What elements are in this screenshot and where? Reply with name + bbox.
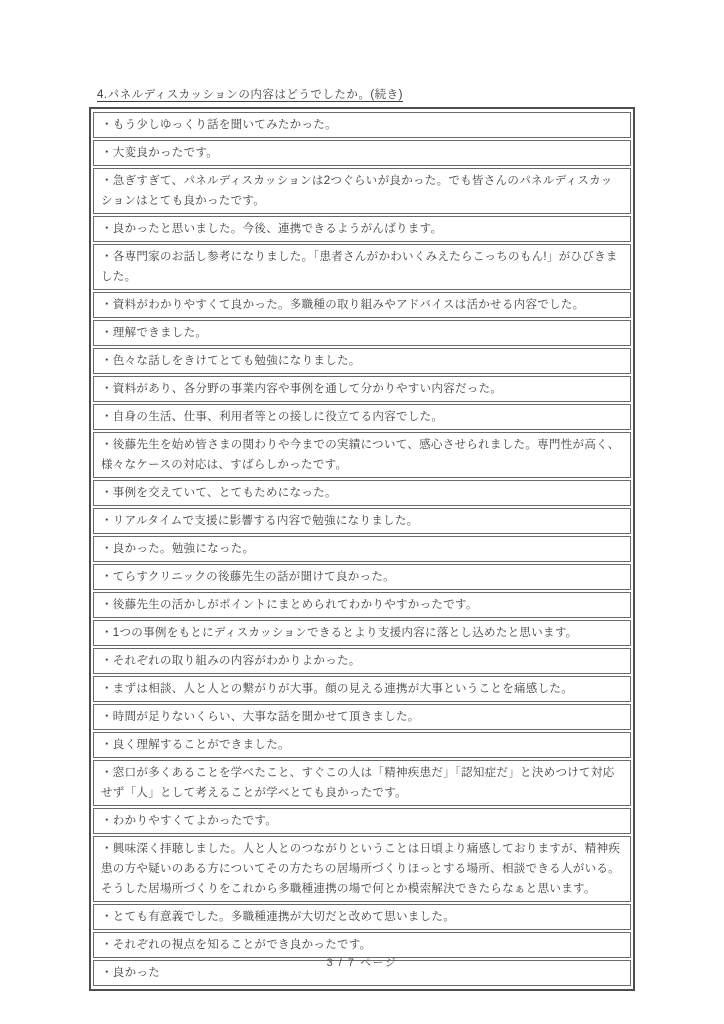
comment-text: ・良かったと思いました。今後、連携できるようがんばります。 <box>101 223 442 235</box>
comment-text: ・資料があり、各分野の事業内容や事例を通して分かりやすい内容だった。 <box>101 383 502 395</box>
comment-row: ・理解できました。 <box>93 320 631 346</box>
comment-text: ・資料がわかりやすくて良かった。多職種の取り組みやアドバイスは活かせる内容でした… <box>101 299 584 311</box>
comment-row: ・急ぎすぎて、パネルディスカッションは2つぐらいが良かった。でも皆さんのパネルデ… <box>93 168 631 214</box>
comment-text: ・興味深く拝聴しました。人と人とのつながりということは日頃より痛感しておりますが… <box>101 843 620 895</box>
comment-text: ・後藤先生の活かしがポイントにまとめられてわかりやすかったです。 <box>101 599 478 611</box>
comment-text: ・事例を交えていて、とてもためになった。 <box>101 487 337 499</box>
comment-row: ・わかりやすくてよかったです。 <box>93 808 631 834</box>
comment-row: ・それぞれの取り組みの内容がわかりよかった。 <box>93 648 631 674</box>
comment-row: ・窓口が多くあることを学べたこと、すぐこの人は「精神疾患だ」「認知症だ」と決めつ… <box>93 760 631 806</box>
page-number: 3 / 7 ページ <box>0 954 724 970</box>
comment-text: ・それぞれの視点を知ることができ良かったです。 <box>101 939 371 951</box>
comment-row: ・後藤先生の活かしがポイントにまとめられてわかりやすかったです。 <box>93 592 631 618</box>
comments-table: ・もう少しゆっくり話を聞いてみたかった。 ・大変良かったです。 ・急ぎすぎて、パ… <box>89 107 635 991</box>
comment-text: ・良く理解することができました。 <box>101 739 290 751</box>
comment-text: ・まずは相談、人と人との繋がりが大事。顔の見える連携が大事ということを痛感した。 <box>101 683 573 695</box>
comment-text: ・色々な話しをきけてとても勉強になりました。 <box>101 355 361 367</box>
comment-row: ・資料がわかりやすくて良かった。多職種の取り組みやアドバイスは活かせる内容でした… <box>93 292 631 318</box>
comment-text: ・窓口が多くあることを学べたこと、すぐこの人は「精神疾患だ」「認知症だ」と決めつ… <box>101 767 614 799</box>
comment-row: ・良かった。勉強になった。 <box>93 536 631 562</box>
comment-row: ・てらすクリニックの後藤先生の話が聞けて良かった。 <box>93 564 631 590</box>
comment-row: ・自身の生活、仕事、利用者等との接しに役立てる内容でした。 <box>93 404 631 430</box>
comment-text: ・わかりやすくてよかったです。 <box>101 815 277 827</box>
comment-text: ・良かった。勉強になった。 <box>101 543 254 555</box>
comment-row: ・リアルタイムで支援に影響する内容で勉強になりました。 <box>93 508 631 534</box>
comment-row: ・大変良かったです。 <box>93 140 631 166</box>
question-heading: 4.パネルディスカッションの内容はどうでしたか。(続き) <box>97 86 403 102</box>
comment-row: ・1つの事例をもとにディスカッションできるとより支援内容に落とし込めたと思います… <box>93 620 631 646</box>
comment-text: ・とても有意義でした。多職種連携が大切だと改めて思いました。 <box>101 911 455 923</box>
comment-text: ・てらすクリニックの後藤先生の話が聞けて良かった。 <box>101 571 395 583</box>
comment-text: ・後藤先生を始め皆さまの関わりや今までの実績について、感心させられました。専門性… <box>101 439 620 471</box>
comment-text: ・各専門家のお話し参考になりました。「患者さんがかわいくみえたらこっちのもん!」… <box>101 251 618 283</box>
comment-row: ・時間が足りないくらい、大事な話を聞かせて頂きました。 <box>93 704 631 730</box>
comment-row: ・興味深く拝聴しました。人と人とのつながりということは日頃より痛感しておりますが… <box>93 836 631 902</box>
comment-row: ・良かったと思いました。今後、連携できるようがんばります。 <box>93 216 631 242</box>
comment-text: ・もう少しゆっくり話を聞いてみたかった。 <box>101 119 337 131</box>
comment-row: ・もう少しゆっくり話を聞いてみたかった。 <box>93 112 631 138</box>
comment-row: ・とても有意義でした。多職種連携が大切だと改めて思いました。 <box>93 904 631 930</box>
comment-text: ・リアルタイムで支援に影響する内容で勉強になりました。 <box>101 515 418 527</box>
comment-text: ・それぞれの取り組みの内容がわかりよかった。 <box>101 655 361 667</box>
comment-text: ・1つの事例をもとにディスカッションできるとより支援内容に落とし込めたと思います… <box>101 627 578 639</box>
comment-text: ・理解できました。 <box>101 327 207 339</box>
comment-text: ・急ぎすぎて、パネルディスカッションは2つぐらいが良かった。でも皆さんのパネルデ… <box>101 175 613 207</box>
comment-text: ・時間が足りないくらい、大事な話を聞かせて頂きました。 <box>101 711 420 723</box>
comment-row: ・事例を交えていて、とてもためになった。 <box>93 480 631 506</box>
comment-row: ・まずは相談、人と人との繋がりが大事。顔の見える連携が大事ということを痛感した。 <box>93 676 631 702</box>
comment-row: ・色々な話しをきけてとても勉強になりました。 <box>93 348 631 374</box>
comment-row: ・後藤先生を始め皆さまの関わりや今までの実績について、感心させられました。専門性… <box>93 432 631 478</box>
comment-text: ・自身の生活、仕事、利用者等との接しに役立てる内容でした。 <box>101 411 443 423</box>
document-page: 4.パネルディスカッションの内容はどうでしたか。(続き) ・もう少しゆっくり話を… <box>0 0 724 1024</box>
comment-row: ・各専門家のお話し参考になりました。「患者さんがかわいくみえたらこっちのもん!」… <box>93 244 631 290</box>
comment-row: ・良く理解することができました。 <box>93 732 631 758</box>
comment-row: ・資料があり、各分野の事業内容や事例を通して分かりやすい内容だった。 <box>93 376 631 402</box>
comment-text: ・大変良かったです。 <box>101 147 218 159</box>
